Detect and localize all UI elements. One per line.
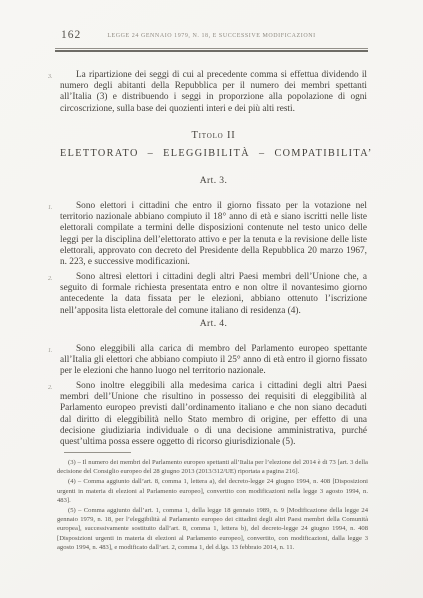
margin-comma-number: 1.	[48, 203, 53, 214]
margin-comma-number: 2.	[48, 274, 53, 285]
paragraph-text: Sono elettori i cittadini che entro il g…	[60, 201, 367, 266]
paragraph: 2.Sono altresì elettori i cittadini degl…	[60, 272, 367, 316]
margin-comma-number: 2.	[48, 383, 53, 394]
section-title: ELETTORATO – ELEGGIBILITÀ – COMPATIBILIT…	[60, 148, 367, 159]
margin-comma-number: 3.	[48, 72, 53, 83]
article-3-paragraph-2: 2.Sono altresì elettori i cittadini degl…	[60, 263, 367, 326]
footnote-5: (5) – Comma aggiunto dall’art. 1, comma …	[57, 506, 368, 552]
footnote-3: (3) – Il numero dei membri del Parlament…	[57, 458, 368, 476]
footnote-4: (4) – Comma aggiunto dall’art. 8, comma …	[57, 477, 368, 505]
section-kicker: Titolo II	[60, 130, 367, 141]
paragraph: 2.Sono inoltre eleggibili alla medesima …	[60, 381, 367, 448]
footnote-separator-rule	[64, 452, 131, 453]
running-header: LEGGE 24 GENNAIO 1979, N. 18, E SUCCESSI…	[55, 33, 368, 39]
margin-comma-number: 1.	[48, 346, 53, 357]
paragraph-text: Sono altresì elettori i cittadini degli …	[60, 272, 367, 315]
book-page: 162 LEGGE 24 GENNAIO 1979, N. 18, E SUCC…	[0, 0, 423, 598]
paragraph-text: Sono inoltre eleggibili alla medesima ca…	[60, 381, 367, 446]
paragraph: 1.Sono elettori i cittadini che entro il…	[60, 201, 367, 268]
article-4-label: Art. 4.	[60, 318, 367, 329]
header-rule	[55, 48, 368, 52]
paragraph-text: La ripartizione dei seggi di cui al prec…	[60, 70, 367, 113]
intro-paragraph-block: 3.La ripartizione dei seggi di cui al pr…	[60, 61, 367, 124]
article-4-paragraph-2: 2.Sono inoltre eleggibili alla medesima …	[60, 372, 367, 457]
article-3-label: Art. 3.	[60, 175, 367, 186]
paragraph: 3.La ripartizione dei seggi di cui al pr…	[60, 70, 367, 114]
footnotes-block: (3) – Il numero dei membri del Parlament…	[57, 458, 368, 553]
